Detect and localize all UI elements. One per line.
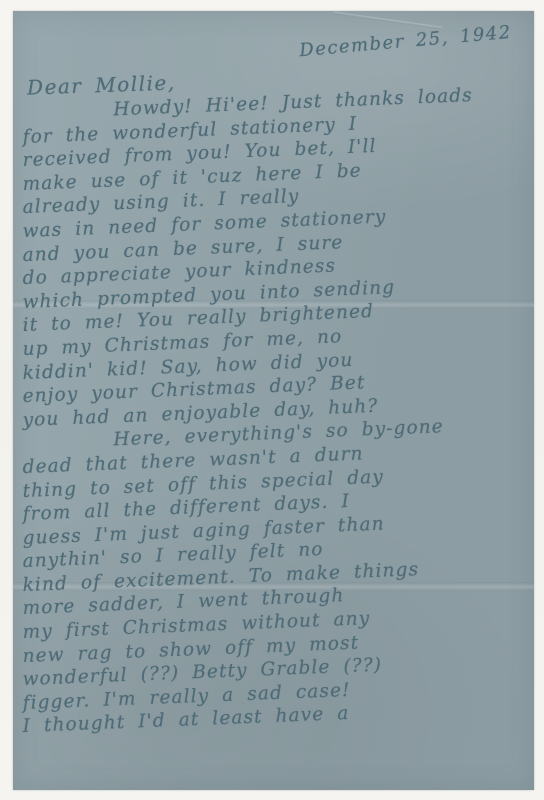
letter-date: December 25, 1942 xyxy=(298,22,512,61)
letter-photo-background: December 25, 1942 Dear Mollie, Howdy! Hi… xyxy=(0,0,544,800)
letter-salutation: Dear Mollie, xyxy=(27,70,176,99)
paper-wrinkle xyxy=(333,11,442,29)
letter-body: Howdy! Hi'ee! Just thanks loadsfor the w… xyxy=(23,103,532,740)
letter-paper: December 25, 1942 Dear Mollie, Howdy! Hi… xyxy=(13,11,534,790)
